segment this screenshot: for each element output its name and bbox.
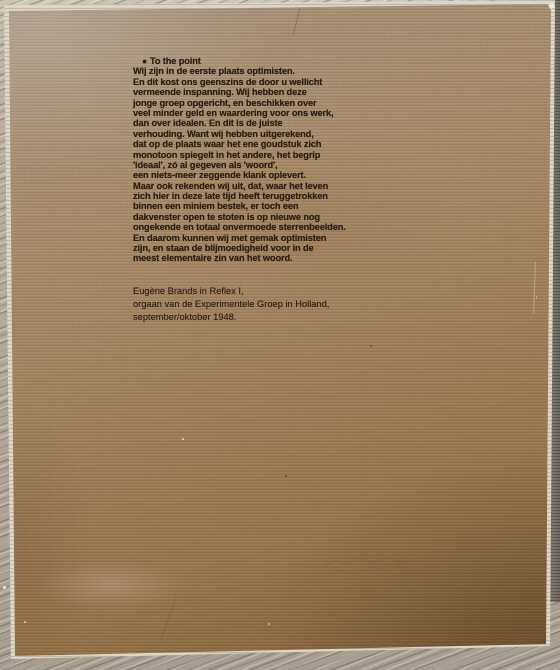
quote-line: jonge groep opgericht, en beschikken ove… [133,98,403,108]
quote-line: verhouding. Want wij hebben uitgerekend, [133,129,403,139]
quote-line: Wij zijn in de eerste plaats optimisten. [133,66,403,76]
quote-line: 'ideaal', zó al gegeven als 'woord', [133,160,403,170]
dust-speck [24,621,26,623]
kraft-paper-cover: ●To the point Wij zijn in de eerste plaa… [0,0,560,670]
attribution-line: orgaan van de Experimentele Groep in Hol… [133,298,403,311]
dust-speck [182,438,184,440]
printed-text-block: ●To the point Wij zijn in de eerste plaa… [133,56,403,324]
quote-line: meest elementaire zin van het woord. [133,253,403,263]
quote-line: dakvenster open te stoten is op nieuwe n… [133,212,403,222]
quote-line: En daarom kunnen wij met gemak optimiste… [133,233,403,243]
dark-speck [370,345,372,347]
quote-line: een niets-meer zeggende klank oplevert. [133,170,403,180]
quote-line: En dit kost ons geenszins de door u well… [133,77,403,87]
quote-line: dan over idealen. En dit is de juiste [133,118,403,128]
quote-line: ongekende en totaal onvermoede sterrenbe… [133,222,403,232]
dust-speck [536,296,537,299]
quote-line: zich hier in deze late tijd heeft terugg… [133,191,403,201]
photo-of-book-back-cover: ●To the point Wij zijn in de eerste plaa… [0,0,560,670]
pencil-scribble [318,546,428,582]
dust-speck [3,586,6,589]
dust-speck [268,623,270,625]
quote-line: zijn, en staan de blijmoedigheid voor in… [133,243,403,253]
heading-text: To the point [150,56,201,66]
quote-line: vermeende inspanning. Wij hebben deze [133,87,403,97]
quote-line: dat op de plaats waar het ene goudstuk z… [133,139,403,149]
quote-line: binnen een miniem bestek, er toch een [133,201,403,211]
bullet-icon: ● [142,56,147,66]
attribution-line: Eugène Brands in Reflex I, [133,285,403,298]
dark-speck [285,475,287,477]
heading-line: ●To the point [133,56,403,66]
attribution-line: september/oktober 1948. [133,311,403,324]
quote-line: Maar ook rekenden wij uit, dat, waar het… [133,181,403,191]
quote-line: veel minder geld en waardering voor ons … [133,108,403,118]
attribution: Eugène Brands in Reflex I, orgaan van de… [133,285,403,324]
quote-line: monotoon spiegelt in het andere, het beg… [133,150,403,160]
